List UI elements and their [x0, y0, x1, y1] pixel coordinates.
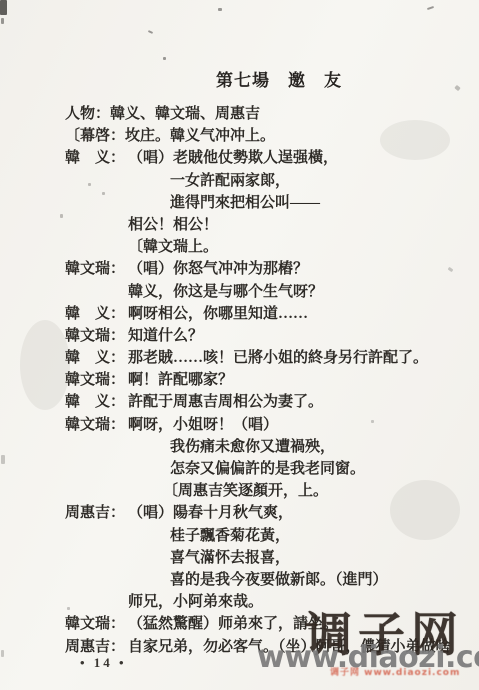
- line-text: 坆庄。韓义气冲冲上。: [125, 125, 275, 147]
- speaker-name: 韓文瑞：: [65, 258, 128, 280]
- script-line: 喜的是我今夜要做新郞。（進門）: [0, 569, 479, 591]
- scan-speck: [1, 455, 5, 464]
- line-text: （唱）陽春十月秋气爽，: [128, 502, 293, 524]
- watermark-site-url: www.diaozi.com: [257, 640, 479, 675]
- scan-speck: [60, 214, 63, 218]
- scan-smudge: [380, 120, 450, 160]
- line-text: （唱）你怒气冲冲为那樁？: [128, 258, 308, 280]
- line-text: 桂子飄香菊花黃，: [170, 528, 290, 544]
- line-text: 怎奈又偏偏許的是我老同窗。: [170, 461, 365, 477]
- line-text: 喜的是我今夜要做新郞。（進門）: [170, 572, 388, 588]
- speaker-name: 人物：: [65, 103, 110, 125]
- script-line: 韓 义：許配于周惠吉周相公为妻了。: [0, 391, 479, 413]
- line-text: 韓义、韓文瑞、周惠吉: [110, 103, 260, 125]
- scan-speck: [67, 607, 70, 610]
- line-text: （唱）老賊他仗勢欺人逞强橫，: [128, 147, 338, 169]
- speaker-name: 韓 义：: [65, 347, 128, 369]
- line-text: 喜气滿怀去报喜，: [170, 550, 290, 566]
- line-text: 我伤痛未愈你又遭禍殃，: [170, 439, 335, 455]
- script-body: 人物：韓义、韓文瑞、周惠吉〔幕啓：坆庄。韓义气冲冲上。韓 义：（唱）老賊他仗勢欺…: [0, 103, 479, 658]
- script-line: 韓文瑞：（唱）你怒气冲冲为那樁？: [0, 258, 479, 280]
- speaker-name: 韓 义：: [65, 303, 128, 325]
- line-text: 啊呀相公，你哪里知道……: [128, 303, 308, 325]
- script-line: 進得門來把相公叫——: [0, 192, 479, 214]
- speaker-name: 韓文瑞：: [65, 325, 128, 347]
- line-text: 知道什么？: [128, 325, 203, 347]
- scan-speck: [1, 650, 4, 657]
- script-line: 相公！相公！: [0, 214, 479, 236]
- scan-speck: [0, 0, 7, 15]
- scan-speck: [371, 420, 374, 423]
- line-text: 相公！相公！: [128, 217, 218, 233]
- speaker-name: 韓 义：: [65, 147, 128, 169]
- line-text: 〔周惠吉笑逐顏开，上。: [163, 483, 328, 499]
- speaker-name: 韓 义：: [65, 391, 128, 413]
- page-number: • 14 •: [80, 655, 127, 671]
- scanned-script-page: 第七場 邀 友 人物：韓义、韓文瑞、周惠吉〔幕啓：坆庄。韓义气冲冲上。韓 义：（…: [0, 0, 479, 690]
- scan-speck: [148, 30, 153, 34]
- speaker-name: 〔幕啓：: [65, 125, 125, 147]
- scan-speck: [88, 183, 91, 186]
- script-line: 〔韓文瑞上。: [0, 236, 479, 258]
- scan-speck: [163, 57, 166, 60]
- script-line: 韓文瑞：知道什么？: [0, 325, 479, 347]
- script-line: 韓文瑞：啊呀，小姐呀！（唱）: [0, 414, 479, 436]
- scan-speck: [218, 8, 222, 11]
- line-text: 啊呀，小姐呀！（唱）: [128, 414, 278, 436]
- line-text: 一女許配兩家郞，: [170, 173, 290, 189]
- speaker-name: 韓文瑞：: [65, 369, 128, 391]
- line-text: 啊！許配哪家？: [128, 369, 233, 391]
- line-text: 進得門來把相公叫——: [170, 195, 320, 211]
- speaker-name: 周惠吉：: [65, 502, 128, 524]
- scan-speck: [1, 18, 4, 24]
- line-text: 〔韓文瑞上。: [128, 239, 218, 255]
- script-line: 喜气滿怀去报喜，: [0, 547, 479, 569]
- scan-speck: [102, 192, 105, 195]
- line-text: 师兄，小阿弟來哉。: [128, 594, 263, 610]
- scan-smudge: [390, 480, 460, 540]
- line-text: 那老賊……咳！已將小姐的終身另行許配了。: [128, 347, 428, 369]
- script-line: 韓 义：那老賊……咳！已將小姐的終身另行許配了。: [0, 347, 479, 369]
- script-line: 韓文瑞：啊！許配哪家？: [0, 369, 479, 391]
- script-line: 韓义，你这是与哪个生气呀？: [0, 281, 479, 303]
- script-line: 怎奈又偏偏許的是我老同窗。: [0, 458, 479, 480]
- script-line: 韓 义：啊呀相公，你哪里知道……: [0, 303, 479, 325]
- line-text: 許配于周惠吉周相公为妻了。: [128, 391, 323, 413]
- scene-title: 第七場 邀 友: [216, 66, 342, 91]
- line-text: 韓义，你这是与哪个生气呀？: [128, 284, 323, 300]
- speaker-name: 韓文瑞：: [65, 613, 128, 635]
- script-line: 我伤痛未愈你又遭禍殃，: [0, 436, 479, 458]
- scan-speck: [454, 85, 460, 91]
- script-line: 一女許配兩家郞，: [0, 170, 479, 192]
- scan-speck: [427, 6, 434, 10]
- speaker-name: 韓文瑞：: [65, 414, 128, 436]
- scan-smudge: [20, 320, 70, 410]
